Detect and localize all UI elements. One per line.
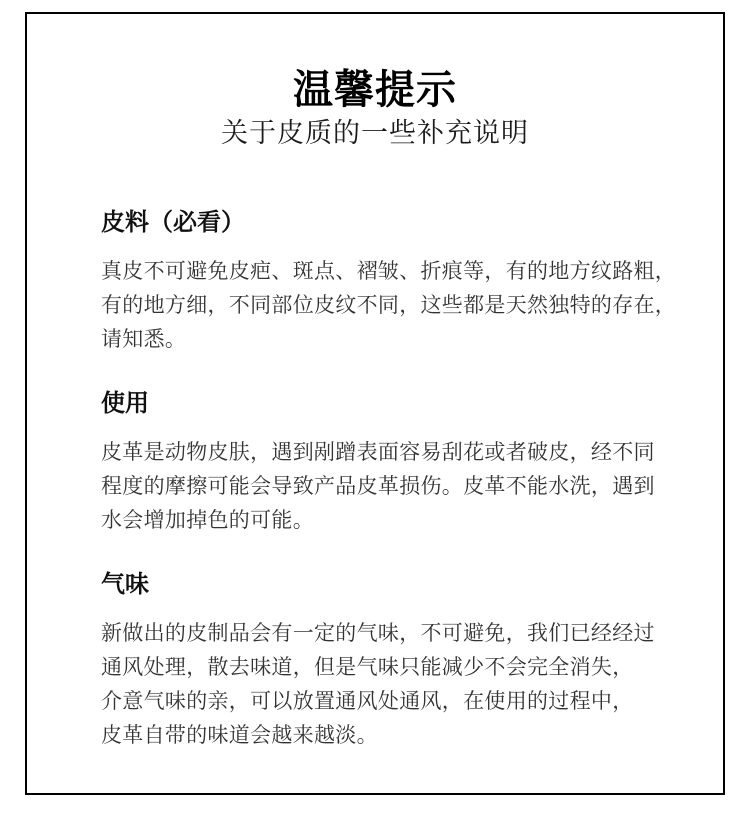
notice-card: 温馨提示 关于皮质的一些补充说明 皮料（必看） 真皮不可避免皮疤、斑点、褶皱、折… <box>25 12 725 795</box>
text-line: 真皮不可避免皮疤、斑点、褶皱、折痕等，有的地方纹路粗， <box>101 255 667 289</box>
card-header: 温馨提示 关于皮质的一些补充说明 <box>27 70 723 147</box>
sections-container: 皮料（必看） 真皮不可避免皮疤、斑点、褶皱、折痕等，有的地方纹路粗， 有的地方细… <box>27 210 723 753</box>
section-heading-leather-material: 皮料（必看） <box>101 210 667 236</box>
text-line: 水会增加掉色的可能。 <box>101 504 667 538</box>
section-leather-material: 皮料（必看） 真皮不可避免皮疤、斑点、褶皱、折痕等，有的地方纹路粗， 有的地方细… <box>101 210 667 357</box>
section-body-leather-material: 真皮不可避免皮疤、斑点、褶皱、折痕等，有的地方纹路粗， 有的地方细，不同部位皮纹… <box>101 255 667 357</box>
section-heading-usage: 使用 <box>101 391 667 417</box>
text-line: 介意气味的亲，可以放置通风处通风，在使用的过程中， <box>101 685 667 719</box>
text-line: 通风处理，散去味道，但是气味只能减少不会完全消失， <box>101 651 667 685</box>
section-body-odor: 新做出的皮制品会有一定的气味，不可避免，我们已经经过 通风处理，散去味道，但是气… <box>101 617 667 753</box>
page-title: 温馨提示 <box>27 70 723 110</box>
text-line: 请知悉。 <box>101 323 667 357</box>
text-line: 皮革自带的味道会越来越淡。 <box>101 719 667 753</box>
section-usage: 使用 皮革是动物皮肤，遇到剐蹭表面容易刮花或者破皮，经不同 程度的摩擦可能会导致… <box>101 391 667 538</box>
section-heading-odor: 气味 <box>101 572 667 598</box>
text-line: 程度的摩擦可能会导致产品皮革损伤。皮革不能水洗，遇到 <box>101 470 667 504</box>
text-line: 新做出的皮制品会有一定的气味，不可避免，我们已经经过 <box>101 617 667 651</box>
page-subtitle: 关于皮质的一些补充说明 <box>27 119 723 147</box>
text-line: 有的地方细，不同部位皮纹不同，这些都是天然独特的存在， <box>101 289 667 323</box>
section-odor: 气味 新做出的皮制品会有一定的气味，不可避免，我们已经经过 通风处理，散去味道，… <box>101 572 667 753</box>
text-line: 皮革是动物皮肤，遇到剐蹭表面容易刮花或者破皮，经不同 <box>101 436 667 470</box>
section-body-usage: 皮革是动物皮肤，遇到剐蹭表面容易刮花或者破皮，经不同 程度的摩擦可能会导致产品皮… <box>101 436 667 538</box>
